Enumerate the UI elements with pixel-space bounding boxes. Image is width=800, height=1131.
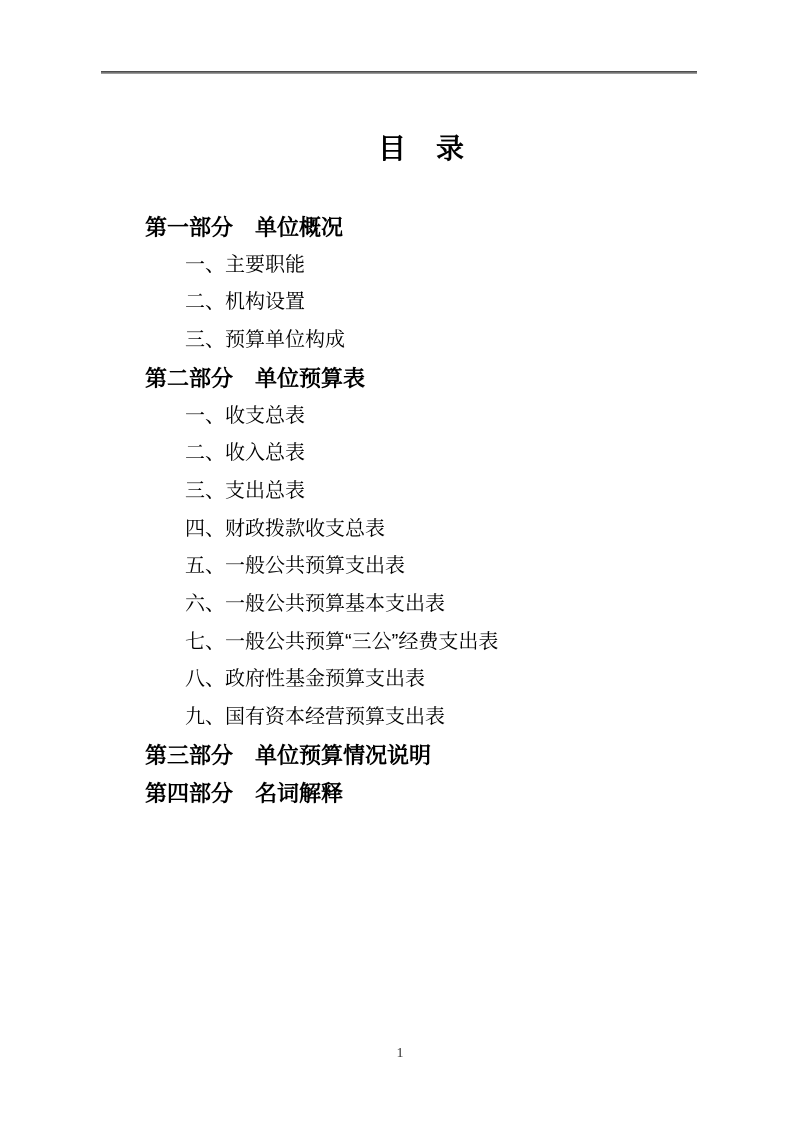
header-divider-line (101, 71, 697, 74)
toc-entry: 四、财政拨款收支总表 (185, 511, 705, 549)
toc-section-heading: 第四部分 名词解释 (145, 775, 705, 813)
toc-list: 第一部分 单位概况一、主要职能二、机构设置三、预算单位构成第二部分 单位预算表一… (145, 209, 705, 812)
toc-section-heading: 第一部分 单位概况 (145, 209, 705, 247)
toc-entry: 二、收入总表 (185, 435, 705, 473)
toc-entry: 三、支出总表 (185, 473, 705, 511)
toc-entry: 六、一般公共预算基本支出表 (185, 586, 705, 624)
toc-entry: 一、主要职能 (185, 247, 705, 285)
toc-entry: 二、机构设置 (185, 284, 705, 322)
toc-entry: 八、政府性基金预算支出表 (185, 661, 705, 699)
toc-entry: 五、一般公共预算支出表 (185, 548, 705, 586)
toc-section-heading: 第二部分 单位预算表 (145, 360, 705, 398)
page-title: 目 录 (378, 133, 465, 165)
toc-entry: 七、一般公共预算“三公”经费支出表 (185, 624, 705, 662)
toc-entry: 九、国有资本经营预算支出表 (185, 699, 705, 737)
document-page: 目 录 第一部分 单位概况一、主要职能二、机构设置三、预算单位构成第二部分 单位… (0, 0, 800, 1131)
toc-entry: 一、收支总表 (185, 398, 705, 436)
toc-section-heading: 第三部分 单位预算情况说明 (145, 737, 705, 775)
toc-entry: 三、预算单位构成 (185, 322, 705, 360)
page-number: 1 (0, 1046, 800, 1062)
